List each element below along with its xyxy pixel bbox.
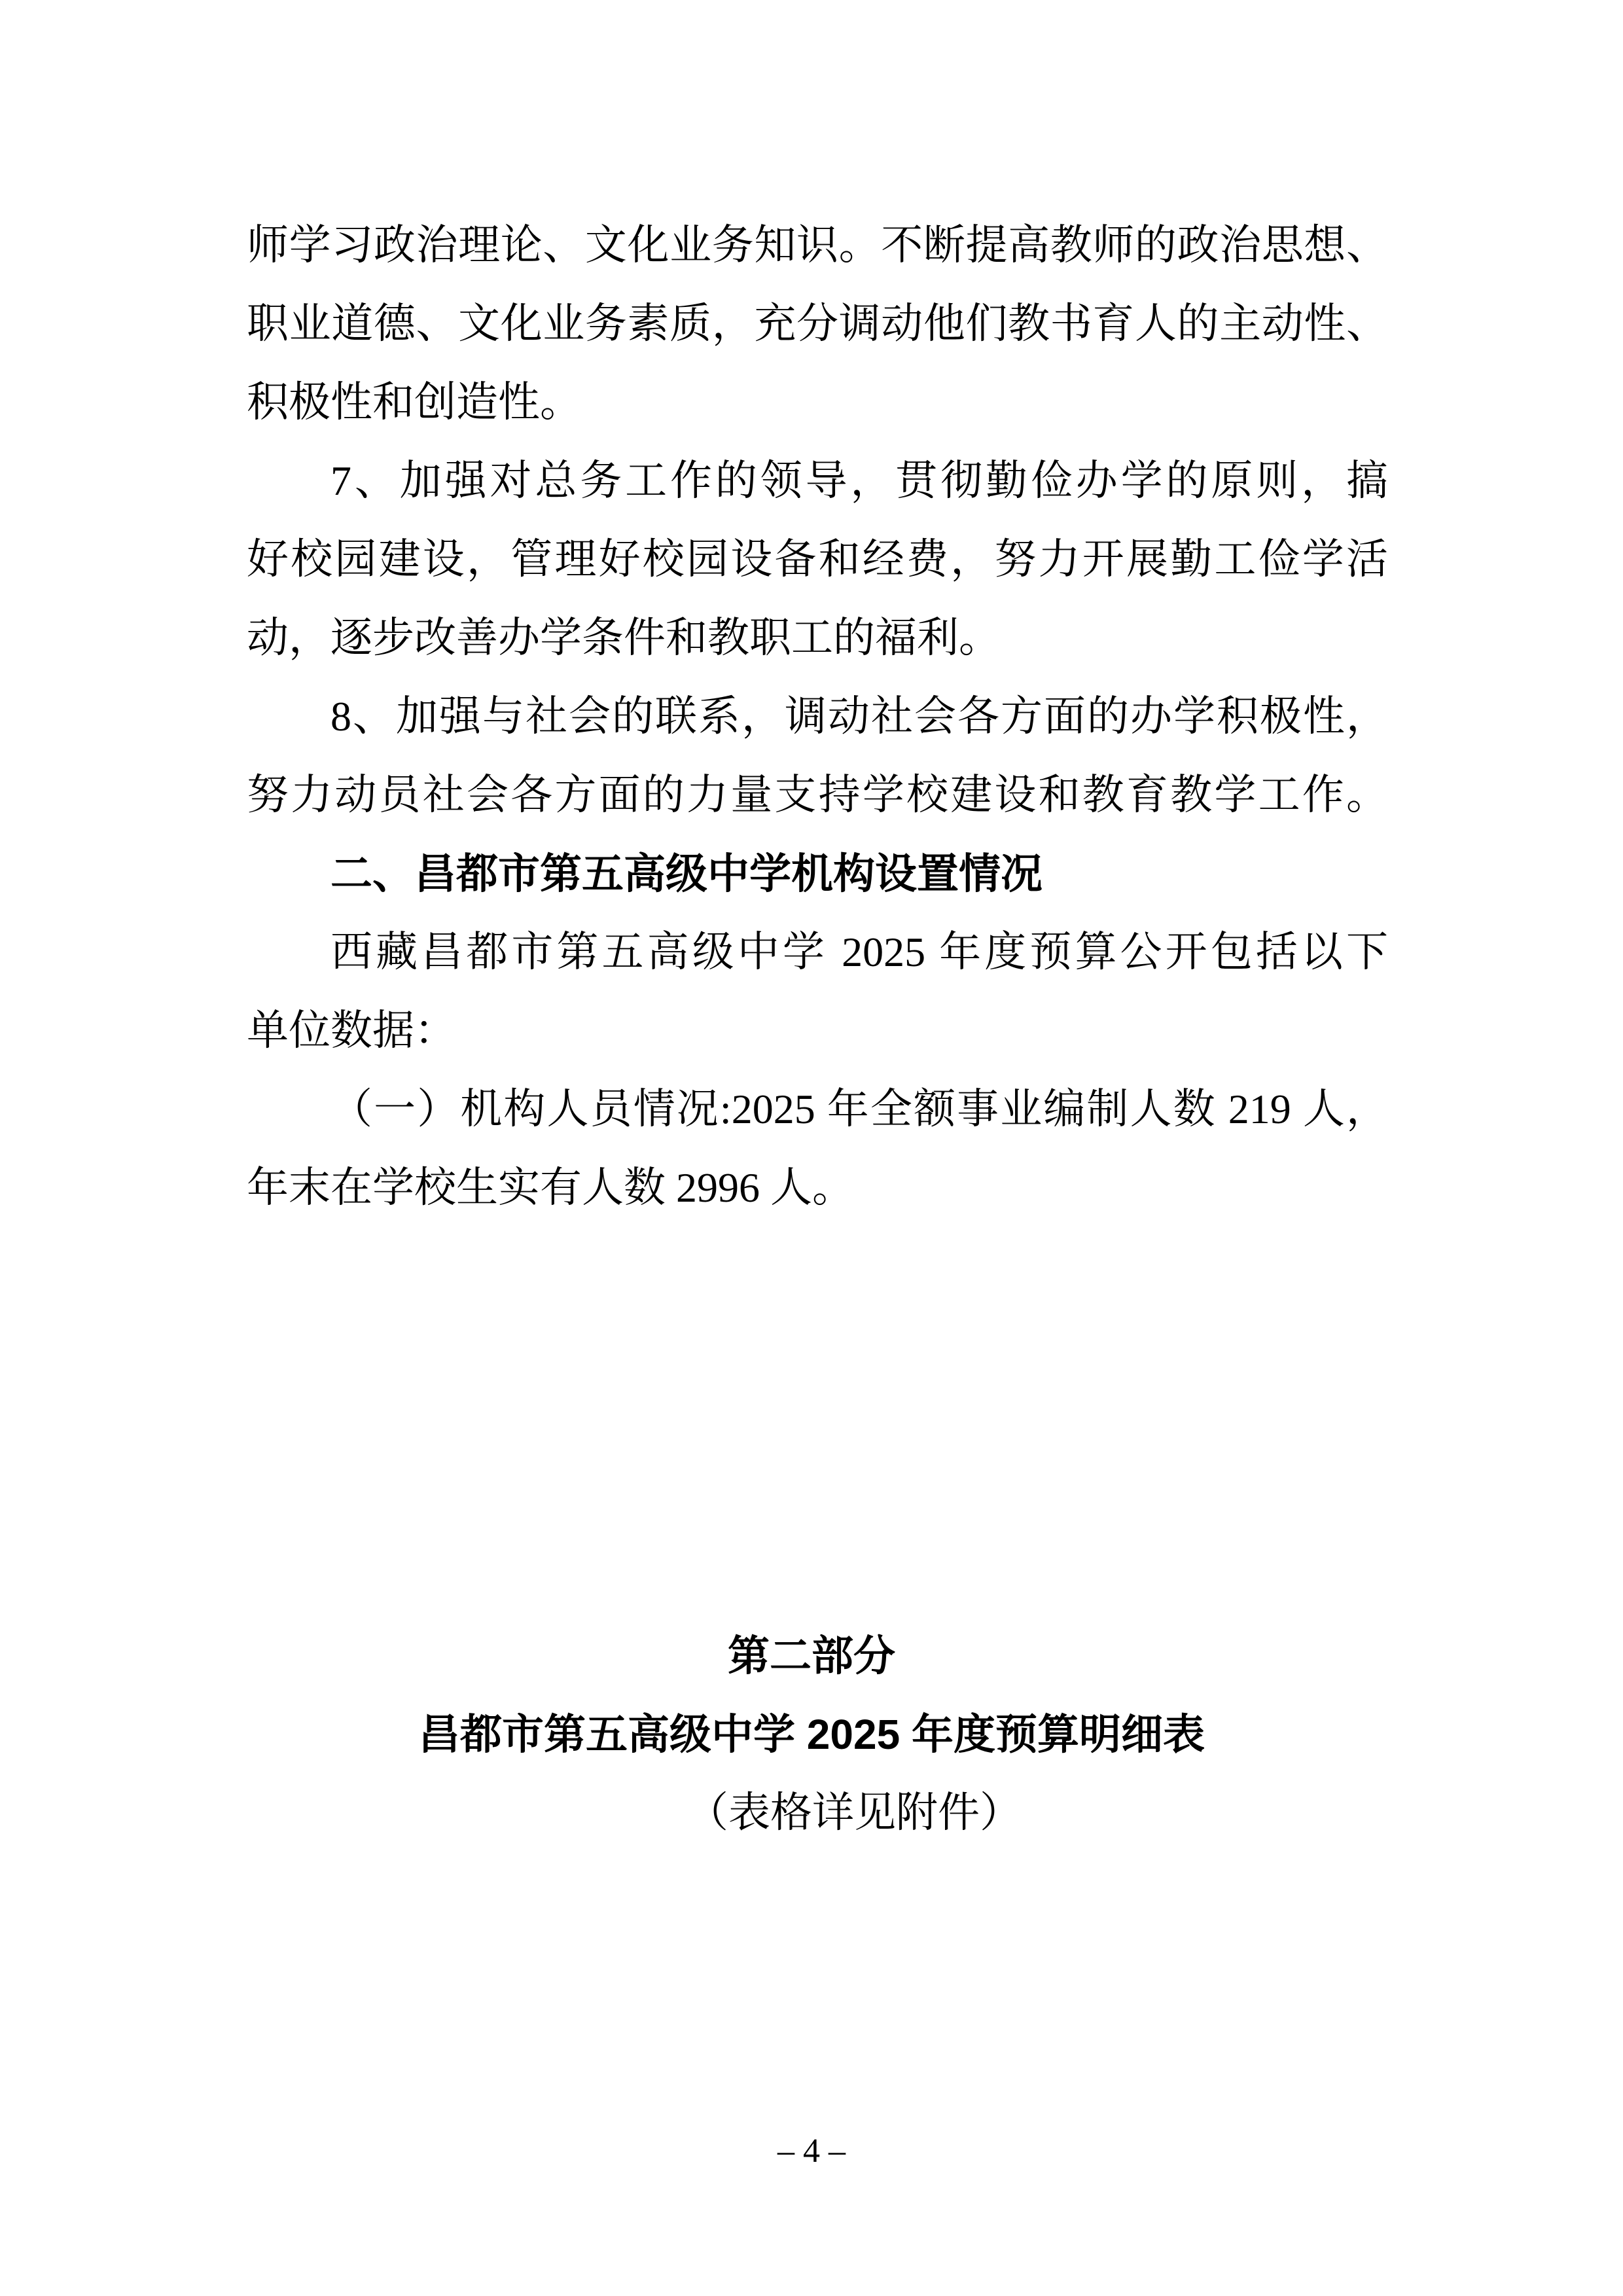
body-text-line: 8、加强与社会的联系，调动社会各方面的办学积极性， [247,677,1388,756]
body-text-line: 职业道德、文化业务素质，充分调动他们教书育人的主动性、 [247,285,1388,363]
part2-subtitle: 昌都市第五高级中学 2025 年度预算明细表 [0,1695,1623,1774]
body-text-line: 好校园建设，管理好校园设备和经费，努力开展勤工俭学活 [247,520,1388,599]
part2-note: （表格详见附件） [0,1774,1623,1852]
body-text-line: 7、加强对总务工作的领导，贯彻勤俭办学的原则，搞 [247,442,1388,520]
body-text-line: 师学习政治理论、文化业务知识。不断提高教师的政治思想、 [247,206,1388,285]
document-page: 师学习政治理论、文化业务知识。不断提高教师的政治思想、 职业道德、文化业务素质，… [0,0,1623,2296]
part2-title: 第二部分 [0,1617,1623,1695]
body-text-line: 积极性和创造性。 [247,363,1388,442]
body-text-line: （一）机构人员情况:2025 年全额事业编制人数 219 人， [247,1070,1388,1149]
page-number: – 4 – [0,2128,1623,2174]
section-heading-org-setup: 二、昌都市第五高级中学机构设置情况 [247,834,1388,913]
body-text-line: 动，逐步改善办学条件和教职工的福利。 [247,599,1388,677]
body-text-line: 西藏昌都市第五高级中学 2025 年度预算公开包括以下 [247,913,1388,992]
body-text-line: 努力动员社会各方面的力量支持学校建设和教育教学工作。 [247,756,1388,834]
body-text-line: 单位数据： [247,992,1388,1070]
body-text-line: 年末在学校生实有人数 2996 人。 [247,1149,1388,1227]
body-text-block: 师学习政治理论、文化业务知识。不断提高教师的政治思想、 职业道德、文化业务素质，… [247,206,1388,1227]
part2-section: 第二部分 昌都市第五高级中学 2025 年度预算明细表 （表格详见附件） [0,1617,1623,1852]
